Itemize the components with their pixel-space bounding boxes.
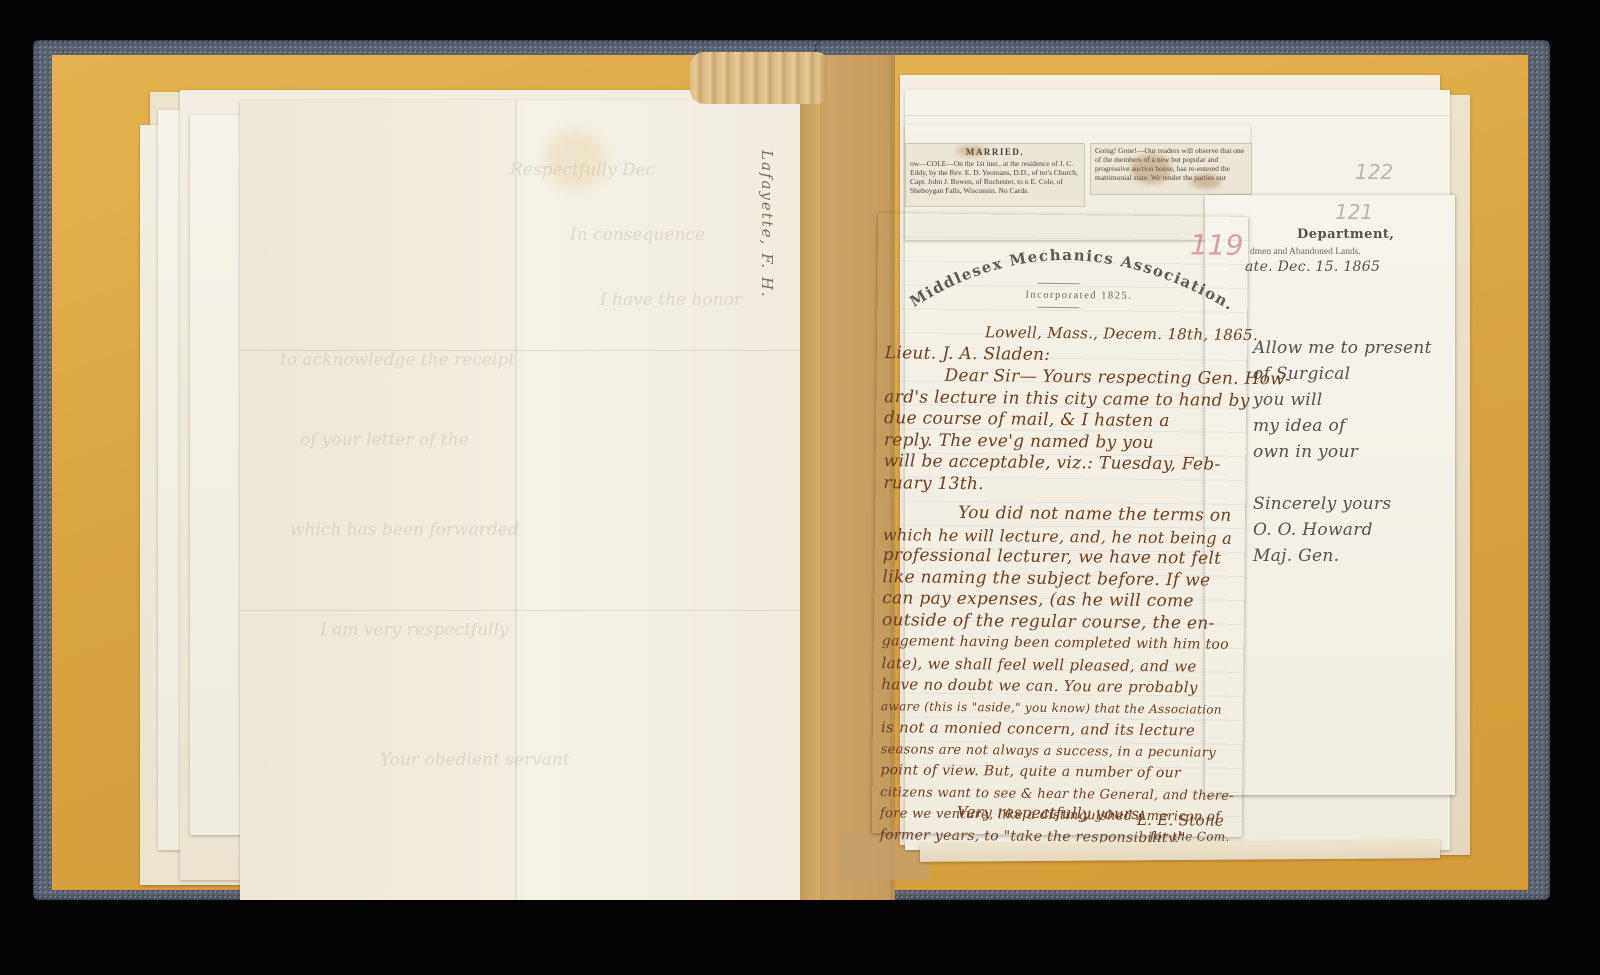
clipping-body: Going! Gone!—Our readers will observe th…: [1091, 144, 1251, 184]
pencil-number-under: 121: [1335, 200, 1373, 224]
closing: Very respectfully yours,: [957, 802, 1145, 825]
letterhead-arc: Middlesex Mechanics Association.: [877, 213, 1248, 327]
department-subheader: dmen and Abandoned Lands.: [1250, 247, 1361, 257]
mechanics-association-letter: 119 Middlesex Mechanics Association. Inc…: [872, 213, 1248, 837]
bureau-line: Allow me to present: [1253, 335, 1432, 361]
letter-body: Dear Sir— Yours respecting Gen. How- ard…: [880, 365, 1292, 850]
svg-text:Middlesex Mechanics Associatio: Middlesex Mechanics Association.: [906, 244, 1238, 314]
salutation: Lieut. J. A. Sladen:: [885, 343, 1051, 366]
vertical-annotation: Lafayette, F. H.: [758, 150, 776, 299]
clipping-going-gone: Going! Gone!—Our readers will observe th…: [1090, 143, 1252, 195]
letter-line: ruary 13th.: [883, 473, 1290, 499]
incorporated-line: Incorporated 1825.: [1025, 290, 1132, 302]
bureau-date: ate. Dec. 15. 1865: [1245, 257, 1380, 279]
department-header: Department,: [1297, 227, 1394, 242]
clipping-married: MARRIED. ow—COLE—On the 1st inst., at th…: [905, 143, 1085, 207]
clipping-body: ow—COLE—On the 1st inst., at the residen…: [906, 157, 1084, 197]
place-date: Lowell, Mass., Decem. 18th, 1865.: [985, 322, 1258, 346]
pencil-number-top: 122: [1355, 160, 1393, 184]
left-folded-letter: Respectfully Dec In consequence I have t…: [240, 100, 800, 900]
bottom-fragment: [920, 840, 1440, 862]
spine-roll: [690, 52, 830, 104]
clipping-heading: MARRIED.: [906, 147, 1084, 157]
